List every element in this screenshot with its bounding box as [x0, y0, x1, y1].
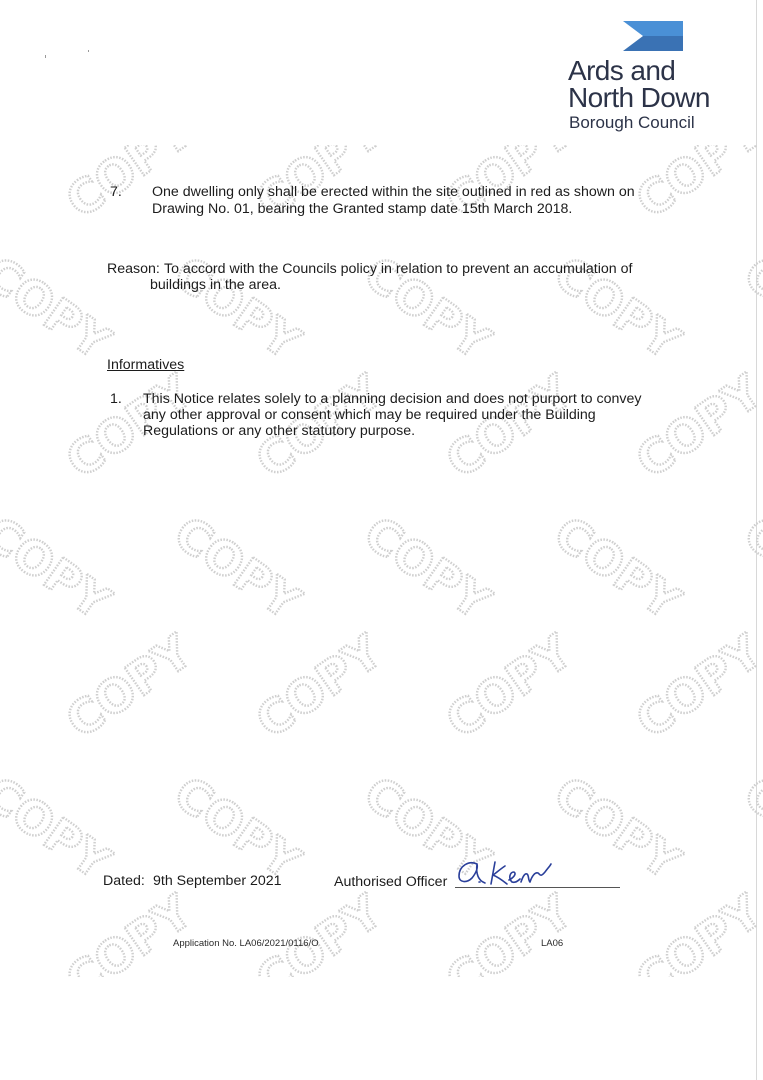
- svg-text:COPY: COPY: [246, 884, 392, 977]
- officer-label: Authorised Officer: [334, 874, 447, 890]
- svg-text:COPY: COPY: [165, 505, 311, 630]
- svg-text:COPY: COPY: [545, 505, 691, 630]
- svg-text:COPY: COPY: [56, 624, 202, 749]
- svg-text:COPY: COPY: [436, 364, 582, 489]
- svg-text:COPY: COPY: [56, 884, 202, 977]
- condition-line: One dwelling only shall be erected withi…: [152, 184, 635, 200]
- reason-line: To accord with the Councils policy in re…: [164, 261, 632, 277]
- logo-line-2: North Down: [568, 84, 710, 112]
- condition-line: Drawing No. 01, bearing the Granted stam…: [152, 201, 572, 217]
- scan-speck: [45, 55, 46, 58]
- page-edge: [756, 0, 757, 1080]
- informative-line: This Notice relates solely to a planning…: [143, 391, 641, 407]
- signature-line: [455, 887, 620, 888]
- svg-text:COPY: COPY: [0, 245, 121, 370]
- svg-text:COPY: COPY: [735, 765, 763, 890]
- application-number: Application No. LA06/2021/0116/O: [173, 938, 319, 949]
- svg-text:COPY: COPY: [626, 884, 763, 977]
- svg-text:COPY: COPY: [436, 624, 582, 749]
- informatives-heading: Informatives: [107, 357, 184, 373]
- informative-number: 1.: [110, 391, 122, 407]
- reason-line: buildings in the area.: [150, 277, 281, 293]
- svg-text:COPY: COPY: [626, 145, 763, 228]
- svg-text:COPY: COPY: [626, 364, 763, 489]
- svg-text:COPY: COPY: [0, 765, 121, 890]
- dated-value: 9th September 2021: [153, 873, 282, 889]
- informative-line: Regulations or any other statutory purpo…: [143, 423, 415, 439]
- svg-text:COPY: COPY: [735, 505, 763, 630]
- svg-text:COPY: COPY: [0, 145, 12, 228]
- reason-label: Reason:: [107, 261, 160, 277]
- chevron-flag-icon: [623, 21, 683, 51]
- scan-speck: [88, 50, 89, 52]
- svg-text:COPY: COPY: [0, 505, 121, 630]
- svg-text:COPY: COPY: [0, 884, 12, 977]
- svg-text:COPY: COPY: [545, 765, 691, 890]
- dated-label: Dated:: [103, 873, 145, 889]
- svg-text:COPY: COPY: [165, 765, 311, 890]
- informative-line: any other approval or consent which may …: [143, 407, 596, 423]
- svg-text:COPY: COPY: [626, 624, 763, 749]
- logo-line-1: Ards and: [568, 57, 675, 85]
- svg-text:COPY: COPY: [246, 624, 392, 749]
- svg-text:COPY: COPY: [355, 505, 501, 630]
- logo-line-3: Borough Council: [569, 114, 695, 131]
- form-code: LA06: [541, 938, 563, 949]
- svg-text:COPY: COPY: [0, 624, 12, 749]
- svg-text:COPY: COPY: [0, 364, 12, 489]
- condition-number: 7.: [110, 184, 122, 200]
- svg-text:COPY: COPY: [436, 884, 582, 977]
- svg-text:COPY: COPY: [735, 245, 763, 370]
